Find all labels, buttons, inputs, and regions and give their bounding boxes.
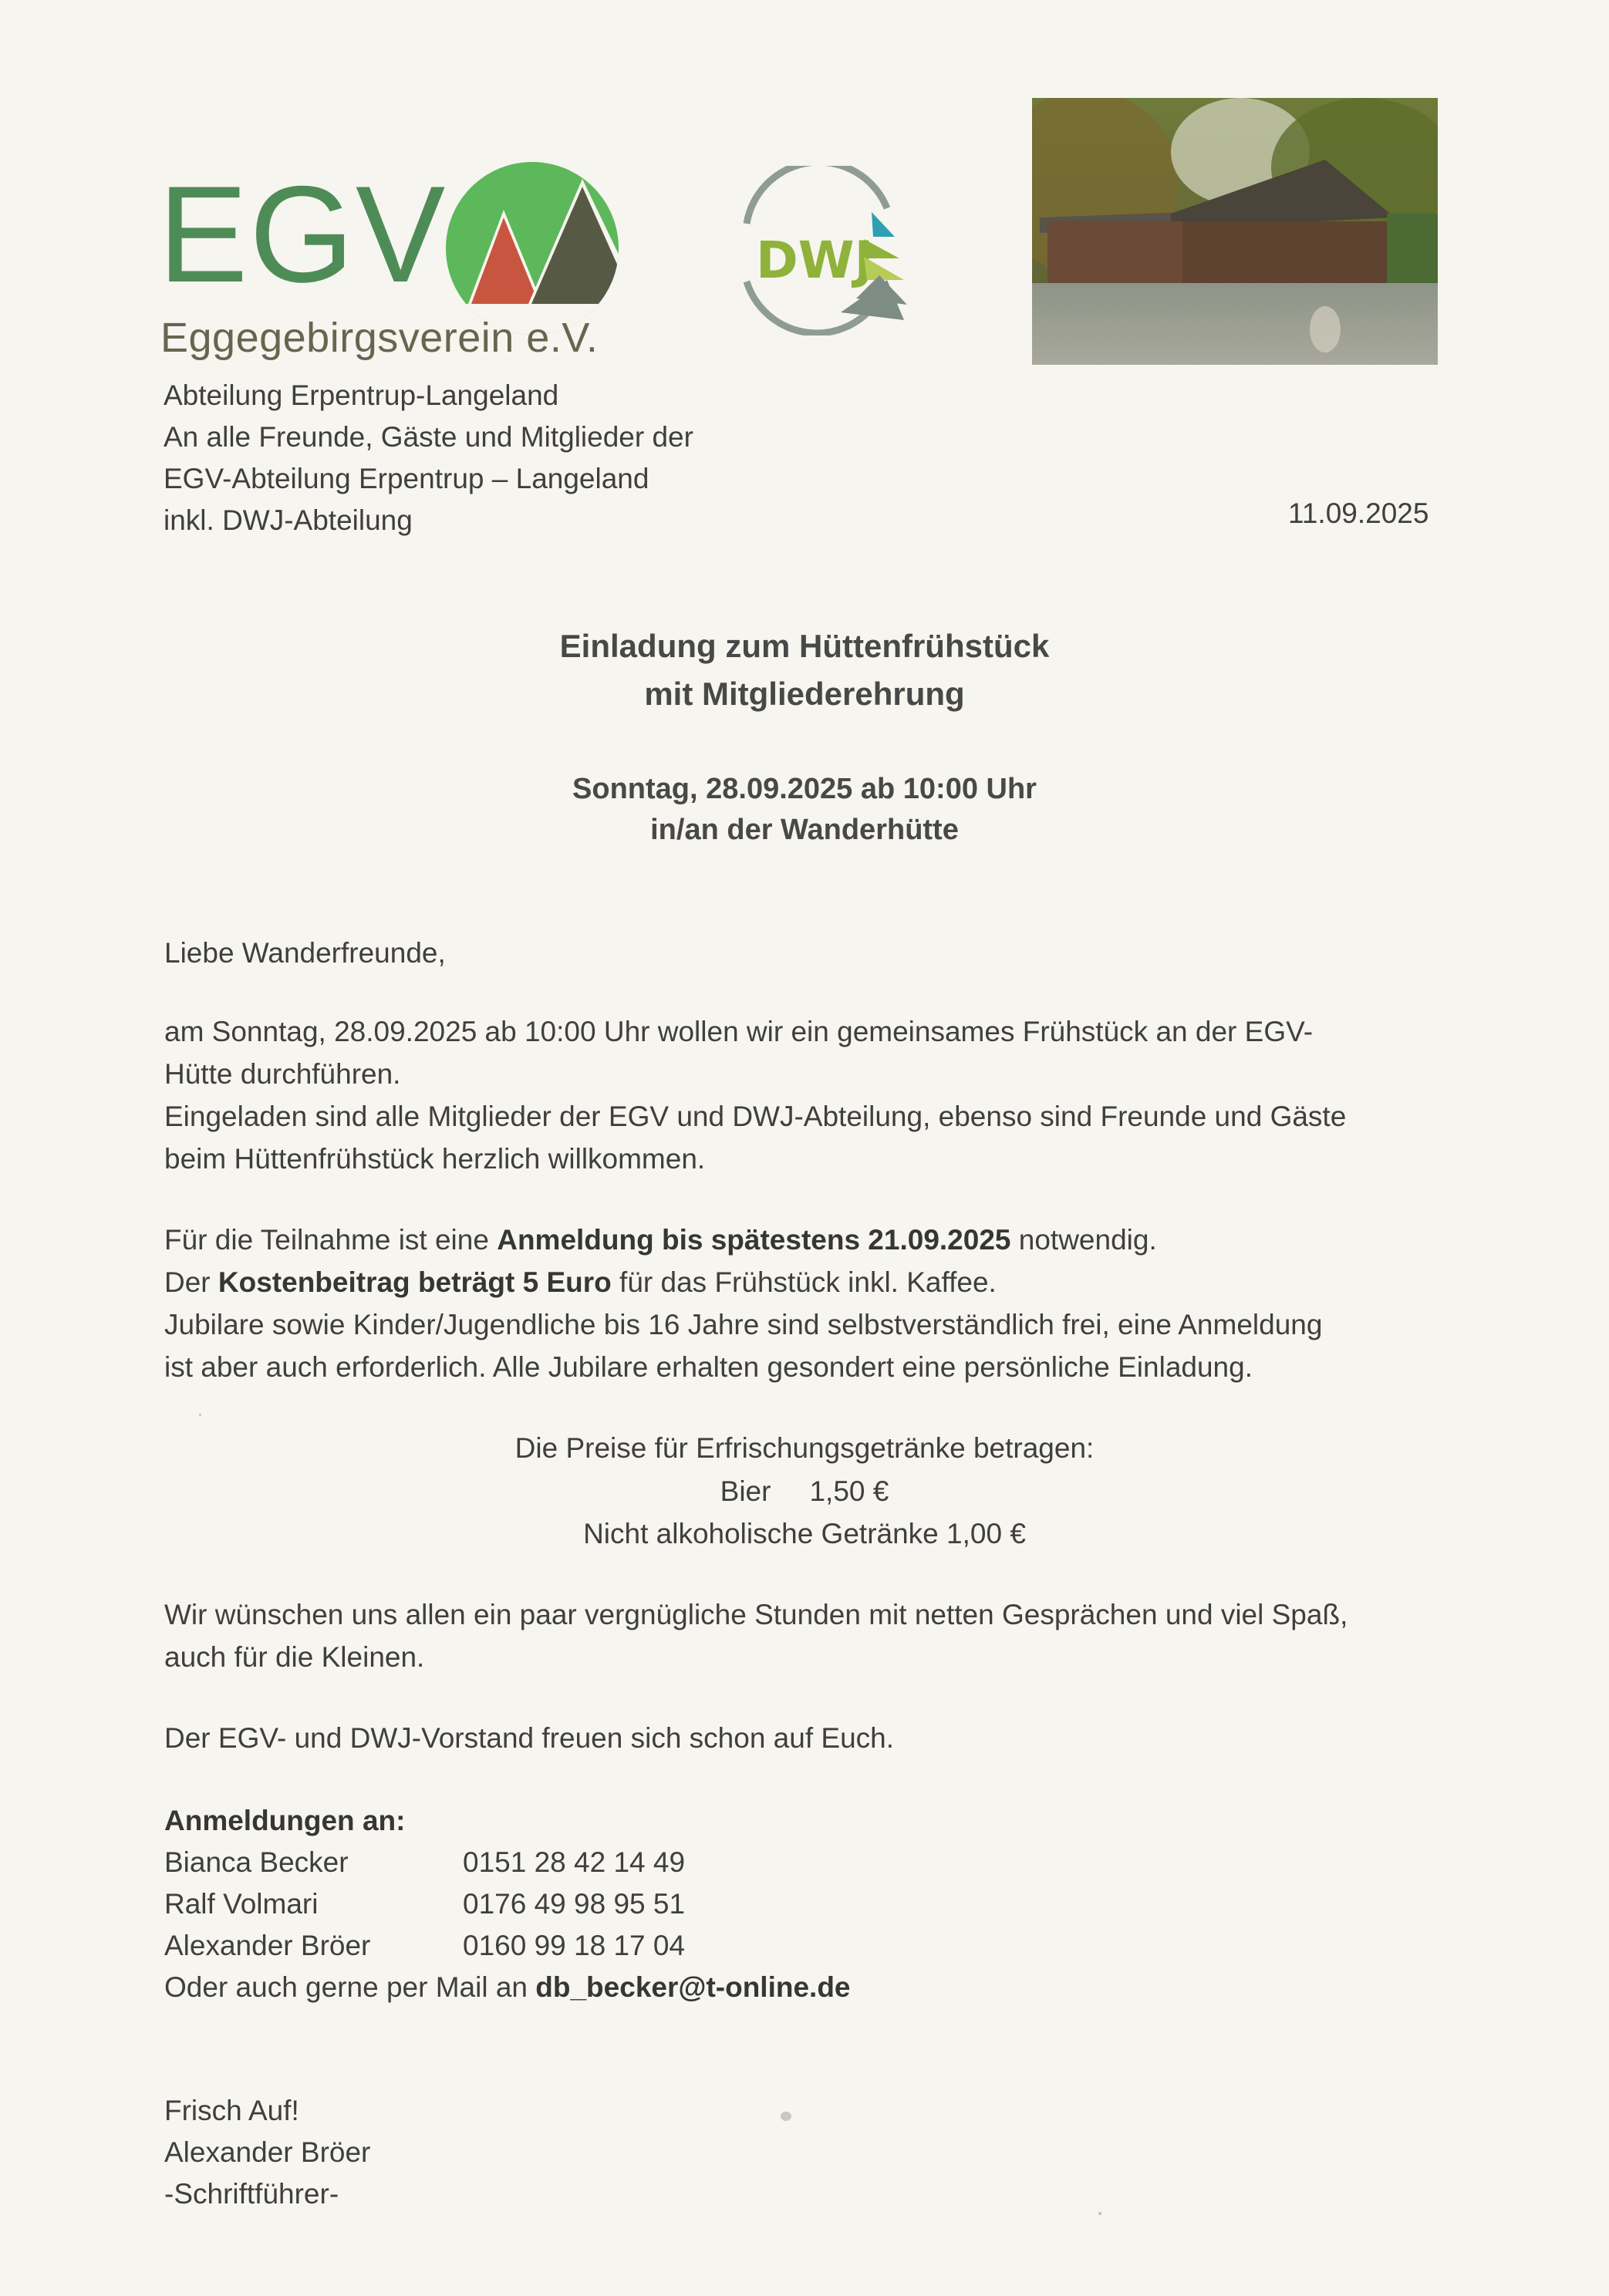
event-datetime: Sonntag, 28.09.2025 ab 10:00 Uhr [0,767,1609,811]
hut-photo [1032,98,1438,365]
intro-line: Hütte durchführen. [164,1053,1476,1095]
contact-phone[interactable]: 0151 28 42 14 49 [463,1842,685,1883]
cost-amount: Kostenbeitrag beträgt 5 Euro [218,1266,612,1298]
registration-heading: Anmeldungen an: [164,1800,851,1842]
closing-greeting: Frisch Auf! [164,2090,370,2132]
scan-speck [199,1414,201,1416]
contact-name: Bianca Becker [164,1842,463,1883]
contact-row: Bianca Becker 0151 28 42 14 49 [164,1842,851,1883]
signer-name: Alexander Bröer [164,2132,370,2173]
intro-line: Eingeladen sind alle Mitglieder der EGV … [164,1095,1476,1138]
intro-paragraph: am Sonntag, 28.09.2025 ab 10:00 Uhr woll… [164,1010,1476,1180]
letter-date: 11.09.2025 [1288,497,1429,530]
prices-intro: Die Preise für Erfrischungsgetränke betr… [0,1426,1609,1470]
details-paragraph: Für die Teilnahme ist eine Anmeldung bis… [164,1219,1476,1388]
intro-line: am Sonntag, 28.09.2025 ab 10:00 Uhr woll… [164,1010,1476,1053]
intro-line: beim Hüttenfrühstück herzlich willkommen… [164,1138,1476,1180]
salutation: Liebe Wanderfreunde, [164,932,1476,974]
registration-deadline-line: Für die Teilnahme ist eine Anmeldung bis… [164,1219,1476,1261]
department-line: Abteilung Erpentrup-Langeland [164,375,558,416]
scan-speck [781,2112,791,2121]
invitation-title: Einladung zum Hüttenfrühstück [0,622,1609,671]
event-location: in/an der Wanderhütte [0,808,1609,851]
recipient-line-1: An alle Freunde, Gäste und Mitglieder de… [164,416,693,458]
signature-block: Frisch Auf! Alexander Bröer -Schriftführ… [164,2090,370,2215]
price-row-beer: Bier1,50 € [0,1469,1609,1513]
email-line: Oder auch gerne per Mail an db_becker@t-… [164,1967,851,2008]
signer-role: -Schriftführer- [164,2173,370,2215]
egv-logo-text: EGV [158,166,447,303]
egv-mountain-logo-icon [444,162,621,339]
contact-row: Ralf Volmari 0176 49 98 95 51 [164,1883,851,1925]
contact-name: Ralf Volmari [164,1883,463,1925]
details-line: Jubilare sowie Kinder/Jugendliche bis 16… [164,1303,1476,1346]
registration-deadline: Anmeldung bis spätestens 21.09.2025 [497,1224,1010,1256]
contact-phone[interactable]: 0176 49 98 95 51 [463,1883,685,1925]
invitation-subtitle: mit Mitgliederehrung [0,669,1609,719]
email-link[interactable]: db_becker@t-online.de [535,1971,850,2003]
contact-name: Alexander Bröer [164,1925,463,1967]
wishes-line: Wir wünschen uns allen ein paar vergnügl… [164,1593,1476,1636]
details-line: ist aber auch erforderlich. Alle Jubilar… [164,1346,1476,1388]
recipient-line-3: inkl. DWJ-Abteilung [164,500,413,541]
board-greeting: Der EGV- und DWJ-Vorstand freuen sich sc… [164,1717,1476,1759]
price-row-softdrinks: Nicht alkoholische Getränke 1,00 € [0,1512,1609,1556]
registration-block: Anmeldungen an: Bianca Becker 0151 28 42… [164,1800,851,2008]
svg-text:DWJ: DWJ [756,231,873,290]
scan-speck [1098,2212,1101,2215]
wishes-paragraph: Wir wünschen uns allen ein paar vergnügl… [164,1593,1476,1678]
recipient-line-2: EGV-Abteilung Erpentrup – Langeland [164,458,649,500]
contact-phone[interactable]: 0160 99 18 17 04 [463,1925,685,1967]
cost-line: Der Kostenbeitrag beträgt 5 Euro für das… [164,1261,1476,1303]
contact-row: Alexander Bröer 0160 99 18 17 04 [164,1925,851,1967]
wishes-line: auch für die Kleinen. [164,1636,1476,1678]
org-name: Eggegebirgsverein e.V. [160,315,598,361]
dwj-logo-icon: DWJ [725,166,910,335]
